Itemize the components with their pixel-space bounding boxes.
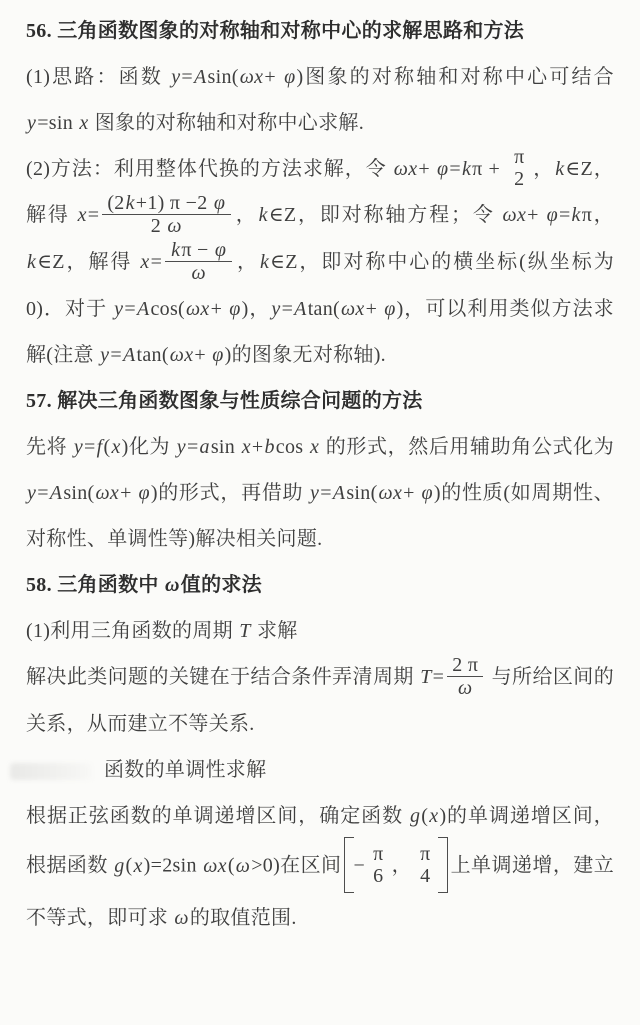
text-run: =	[151, 251, 163, 273]
text-run: ∈Z，即对称轴方程；令	[269, 204, 502, 226]
text-run: π，	[582, 204, 614, 226]
text-run: 图象的对称轴和对称中心求解.	[90, 112, 365, 134]
math-variable: φ	[283, 66, 296, 88]
fraction-denominator: ω	[447, 677, 483, 699]
math-variable: ω	[235, 855, 251, 877]
text-run: =	[187, 436, 199, 458]
text-run: ，	[235, 251, 259, 273]
text-run: =	[320, 482, 332, 504]
text-run: π	[373, 843, 383, 865]
math-variable: y	[26, 482, 37, 504]
text-run: sin(	[208, 66, 239, 88]
text-run: ，	[392, 855, 413, 877]
math-variable: g	[409, 805, 421, 827]
math-variable: x	[139, 251, 150, 273]
text-run: 值的求法	[181, 574, 262, 596]
text-run: =	[449, 158, 461, 180]
text-run: =	[124, 298, 136, 320]
math-fraction: π4	[415, 843, 435, 887]
text-run: tan(	[308, 298, 340, 320]
math-variable: k	[125, 192, 136, 214]
text-run: ∈Z，解得	[37, 251, 139, 273]
math-variable: x	[309, 436, 320, 458]
text-run: +	[403, 482, 420, 504]
text-run: 2	[514, 168, 524, 190]
math-variable: y	[99, 344, 110, 366]
para-57-1: 先将 y=f(x)化为 y=asin x+bcos x 的形式，然后用辅助角公式…	[26, 424, 614, 562]
fraction-numerator: 2 π	[447, 654, 483, 677]
text-run: ，	[533, 158, 555, 180]
math-variable: y	[170, 66, 181, 88]
fraction-numerator: (2k+1) π −2 φ	[102, 192, 231, 215]
math-variable: φ	[228, 298, 241, 320]
math-variable: a	[199, 436, 211, 458]
text-run: 的取值范围.	[190, 907, 297, 929]
text-run: >0)在区间	[251, 855, 341, 877]
text-run: 根据正弦函数的单调递增区间，确定函数	[26, 805, 409, 827]
math-variable: x	[428, 805, 439, 827]
erased-text-smudge	[10, 763, 92, 780]
document-page: 56. 三角函数图象的对称轴和对称中心的求解思路和方法(1)思路：函数 y=As…	[0, 0, 640, 941]
text-run: sin	[211, 436, 241, 458]
text-run: )的图象无对称轴).	[225, 344, 386, 366]
math-variable: x	[77, 204, 88, 226]
math-variable: A	[136, 298, 151, 320]
math-variable: φ	[211, 344, 224, 366]
para-58-1-body: 解决此类问题的关键在于结合条件弄清周期 T=2 πω 与所给区间的关系，从而建立…	[26, 654, 614, 747]
text-run: =	[282, 298, 294, 320]
math-variable: y	[309, 482, 320, 504]
text-run: tan(	[136, 344, 168, 366]
text-run: =	[37, 482, 49, 504]
math-variable: ωx	[502, 204, 528, 226]
math-variable: y	[270, 298, 281, 320]
text-run: 2	[151, 215, 167, 237]
text-run: +1) π −2	[136, 192, 213, 214]
text-run: +	[366, 298, 384, 320]
text-run: =	[433, 666, 445, 688]
fraction-numerator: π	[368, 843, 388, 865]
para-56-2-fangfa: (2)方法：利用整体代换的方法求解，令 ωx+ φ=kπ + π2，k∈Z，解得…	[26, 146, 614, 378]
math-variable: ωx	[169, 344, 195, 366]
fraction-denominator: 4	[415, 865, 435, 887]
text-run: (2	[107, 192, 124, 214]
text-run: +	[527, 204, 545, 226]
math-variable: ωx	[95, 482, 121, 504]
text-run: sin(	[346, 482, 377, 504]
interval-right-bracket	[438, 837, 448, 893]
math-variable: y	[113, 298, 124, 320]
math-variable: T	[238, 620, 251, 642]
text-run: =	[181, 66, 193, 88]
text-run: +	[252, 436, 264, 458]
math-variable: y	[73, 436, 84, 458]
math-fraction: (2k+1) π −2 φ2 ω	[102, 192, 231, 237]
text-run: )=2sin	[144, 855, 203, 877]
text-run: 58. 三角函数中	[26, 574, 164, 596]
math-variable: ωx	[202, 855, 228, 877]
text-run: 4	[420, 865, 430, 887]
heading-58: 58. 三角函数中 ω值的求法	[26, 562, 614, 608]
math-variable: φ	[214, 239, 227, 261]
text-run: =	[84, 436, 96, 458]
text-run: π	[420, 843, 430, 865]
text-run: (1)利用三角函数的周期	[26, 620, 238, 642]
math-variable: ωx	[340, 298, 366, 320]
text-run: )图象的对称轴和对称中心可结合	[296, 66, 614, 88]
text-run: −	[354, 855, 366, 877]
text-run: )化为	[122, 436, 176, 458]
text-run: +	[194, 344, 211, 366]
math-variable: k	[554, 158, 565, 180]
text-run: π	[514, 146, 524, 168]
math-variable: A	[122, 344, 137, 366]
math-variable: x	[241, 436, 252, 458]
math-variable: ω	[457, 677, 473, 699]
para-58-2-body: 根据正弦函数的单调递增区间，确定函数 g(x)的单调递增区间，根据函数 g(x)…	[26, 793, 614, 941]
text-run: 6	[373, 865, 383, 887]
text-run: 57. 解决三角函数图象与性质综合问题的方法	[26, 390, 423, 412]
math-variable: φ	[436, 158, 449, 180]
text-run: π −	[181, 239, 214, 261]
text-run: 2 π	[452, 654, 478, 676]
text-run: ，	[234, 204, 257, 226]
math-variable: y	[26, 112, 37, 134]
text-run: )，	[242, 298, 271, 320]
math-variable: y	[176, 436, 187, 458]
fraction-denominator: 2	[509, 168, 529, 190]
text-run: +	[120, 482, 137, 504]
math-fraction: π2	[509, 146, 529, 190]
math-variable: A	[193, 66, 208, 88]
text-run: =	[559, 204, 571, 226]
math-variable: k	[170, 239, 181, 261]
math-variable: A	[332, 482, 347, 504]
math-variable: x	[132, 855, 143, 877]
text-run: 函数的单调性求解	[104, 759, 266, 781]
math-variable: A	[49, 482, 64, 504]
text-run: (	[228, 855, 235, 877]
text-run: 先将	[26, 436, 73, 458]
text-run: 求解	[252, 620, 298, 642]
math-variable: k	[461, 158, 472, 180]
math-variable: T	[419, 666, 432, 688]
math-variable: A	[293, 298, 308, 320]
math-variable: ω	[173, 907, 189, 929]
math-variable: x	[78, 112, 89, 134]
text-run: 解决此类问题的关键在于结合条件弄清周期	[26, 666, 419, 688]
text-run: 的形式，然后用辅助角公式化为	[320, 436, 614, 458]
text-run: +	[211, 298, 229, 320]
fraction-numerator: kπ − φ	[165, 239, 232, 262]
math-variable: φ	[546, 204, 559, 226]
text-run: sin(	[63, 482, 94, 504]
heading-57: 57. 解决三角函数图象与性质综合问题的方法	[26, 378, 614, 424]
math-variable: k	[259, 251, 270, 273]
interval-left-bracket	[344, 837, 354, 893]
para-58-1-title: (1)利用三角函数的周期 T 求解	[26, 608, 614, 654]
para-56-1-silu: (1)思路：函数 y=Asin(ωx+ φ)图象的对称轴和对称中心可结合 y=s…	[26, 54, 614, 146]
text-run: π +	[472, 158, 506, 180]
math-variable: ωx	[185, 298, 211, 320]
math-variable: ω	[191, 262, 207, 284]
math-variable: ω	[166, 215, 182, 237]
text-run: +	[418, 158, 436, 180]
fraction-denominator: ω	[165, 262, 232, 284]
math-variable: k	[26, 251, 37, 273]
text-run: =	[110, 344, 122, 366]
text-run: +	[264, 66, 283, 88]
math-fraction: kπ − φω	[165, 239, 232, 284]
heading-56: 56. 三角函数图象的对称轴和对称中心的求解思路和方法	[26, 8, 614, 54]
text-run: 56. 三角函数图象的对称轴和对称中心的求解思路和方法	[26, 20, 524, 42]
text-run: =	[88, 204, 100, 226]
math-variable: x	[110, 436, 121, 458]
math-variable: ωx	[378, 482, 404, 504]
math-variable: k	[571, 204, 582, 226]
math-variable: φ	[420, 482, 433, 504]
math-variable: ωx	[393, 158, 419, 180]
text-run: cos	[276, 436, 309, 458]
fraction-denominator: 2 ω	[102, 215, 231, 237]
text-run: )的形式，再借助	[151, 482, 309, 504]
para-58-2-title: 函数的单调性求解	[26, 747, 614, 793]
math-variable: ωx	[239, 66, 265, 88]
fraction-numerator: π	[415, 843, 435, 865]
fraction-numerator: π	[509, 146, 529, 168]
fraction-denominator: 6	[368, 865, 388, 887]
math-variable: φ	[383, 298, 396, 320]
text-run: cos(	[150, 298, 185, 320]
text-run: =sin	[37, 112, 78, 134]
math-variable: φ	[137, 482, 150, 504]
math-variable: k	[258, 204, 269, 226]
math-variable: ω	[164, 574, 181, 596]
math-fraction: π6	[368, 843, 388, 887]
text-run: (2)方法：利用整体代换的方法求解，令	[26, 158, 393, 180]
math-fraction: 2 πω	[447, 654, 483, 699]
math-variable: φ	[213, 192, 226, 214]
math-variable: g	[113, 855, 125, 877]
math-variable: b	[263, 436, 275, 458]
text-run: (1)思路：函数	[26, 66, 170, 88]
